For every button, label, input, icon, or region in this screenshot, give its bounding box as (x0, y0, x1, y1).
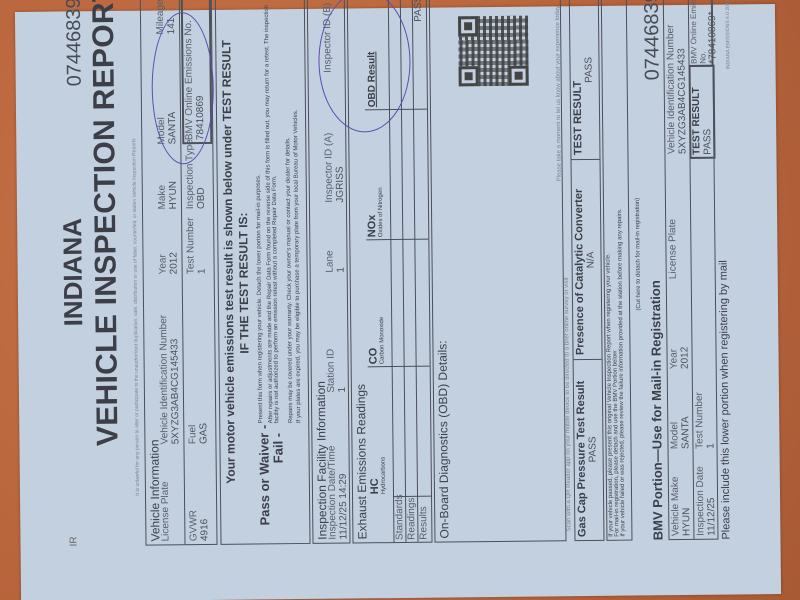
inspector-a-label: Inspector ID (A) (323, 133, 335, 203)
state-heading: INDIANA (57, 218, 89, 327)
bmv-test-result-box: TEST RESULT PASS (689, 65, 716, 159)
bmv-vin-value: 5XYZG3AB4CG145433 (676, 24, 688, 154)
lane-label: Lane (324, 250, 335, 272)
test-result-value: PASS (583, 0, 596, 155)
gas-cap-label: Gas Cap Pressure Test Result (575, 362, 589, 537)
catalytic-converter-label: Presence of Catalytic Converter (573, 165, 587, 355)
test-number-label: Test Number (185, 217, 197, 274)
inspection-report-paper: INDIANA VEHICLE INSPECTION REPORT 074468… (15, 4, 781, 600)
bmv-test-number-value: 1 (705, 392, 717, 449)
obd-result-value: PASS (413, 0, 424, 22)
license-plate-label: License Plate (160, 481, 172, 541)
obd-details-title: On-Board Diagnostics (OBD) Details: (435, 340, 451, 538)
bmv-control-number: 07446839 (641, 0, 665, 80)
report-title: VEHICLE INSPECTION REPORT (87, 0, 126, 446)
year-label: Year (157, 252, 168, 274)
bmv-license-plate-label: License Plate (667, 219, 679, 279)
bmv-inspection-date-label: Inspection Date (695, 466, 707, 536)
bmv-test-result-value: PASS (702, 67, 714, 157)
bmv-emissions-no-value: *78410869* (707, 0, 719, 66)
bmv-test-number-label: Test Number (694, 392, 706, 449)
fuel-value: GAS (198, 423, 209, 444)
qr-caption-2: Please take a moment to let us know abou… (555, 6, 563, 181)
vehicle-info-box: Vehicle Information License Plate Vehicl… (140, 0, 218, 546)
bmv-emissions-no-box: BMV Online Emissions No. *78410869* (688, 0, 713, 67)
result-notice-box: Your motor vehicle emissions test result… (215, 0, 311, 545)
fine-print: It is unlawful for any person to alter o… (130, 16, 141, 496)
exhaust-box: Exhaust Emissions Readings HCHydrocarbon… (347, 0, 433, 543)
hc-code: HC (369, 457, 381, 494)
obd-details-box: On-Board Diagnostics (OBD) Details: (429, 0, 567, 543)
co-name: Carbon Monoxide (379, 317, 385, 364)
hc-name: Hydrocarbons (381, 457, 387, 494)
pass-text: Present this form when registering your … (254, 0, 265, 423)
bmv-portion-title: BMV Portion—Use for Mail-in Registration (648, 280, 666, 540)
bmv-year-label: Year (668, 347, 679, 369)
vin-label: Vehicle Identification Number (158, 315, 170, 445)
co-code: CO (367, 317, 379, 364)
lane-value: 1 (335, 250, 346, 272)
vin-value: 5XYZG3AB4CG145433 (169, 315, 181, 445)
gas-cap-value: PASS (587, 362, 600, 537)
row-standards: Standards (394, 494, 405, 540)
row-results: Results (418, 506, 429, 539)
bmv-inspection-date-value: 11/12/25 (706, 466, 718, 536)
inspection-datetime-value: 11/12/25 14:29 (337, 445, 349, 539)
exhaust-title: Exhaust Emissions Readings (354, 384, 370, 540)
year-value: 2012 (168, 252, 179, 274)
station-id-value: 1 (336, 349, 347, 393)
fuel-label: Fuel (187, 423, 198, 444)
fail-label: Fail - (270, 433, 285, 463)
form-code: INDIANA EMISSIONS 4.0 2021 © (725, 0, 732, 70)
test-number-value: 1 (196, 217, 208, 274)
result-subheadline: IF THE TEST RESULT IS: (236, 212, 251, 353)
bmv-make-value: HYUN (681, 476, 693, 536)
bmv-vin-label: Vehicle Identification Number (665, 25, 677, 155)
inspection-datetime-label: Inspection Date/Time (326, 446, 338, 540)
make-label: Make (157, 181, 168, 209)
inspector-a-value: JGRISS (334, 133, 346, 203)
results-table: Gas Cap Pressure Test ResultPASS Presenc… (569, 0, 605, 541)
nox-code: NOx (366, 188, 379, 238)
result-headline: Your motor vehicle emissions test result… (219, 40, 238, 484)
nox-name: Oxides of Nitrogen (378, 187, 385, 237)
bmv-emissions-no-label: BMV Online Emissions No. (689, 0, 708, 66)
bmv-portion-box: Vehicle MakeHYUN ModelSANTA Year2012 Lic… (663, 0, 719, 540)
make-value: HYUN (168, 181, 179, 209)
corner-mark: IR (68, 536, 79, 546)
bmv-make-label: Vehicle Make (670, 477, 682, 537)
catalytic-converter-value: N/A (585, 165, 598, 355)
station-id-label: Station ID (325, 349, 336, 393)
qr-caption: Scan with a QR Reader app on your mobile… (564, 277, 573, 531)
cut-line-text: (Cut here to detach for mail-in registra… (635, 198, 642, 311)
gvwr-value: 4916 (199, 510, 210, 541)
row-readings: Readings (406, 498, 417, 540)
control-number: 07446839 (63, 0, 87, 86)
survey-qr-code[interactable] (458, 16, 529, 87)
bmv-footer: Please include this lower portion when r… (718, 260, 733, 540)
bmv-model-label: Model (669, 416, 680, 449)
bmv-year-value: 2012 (679, 347, 690, 369)
gvwr-label: GVWR (188, 510, 199, 541)
instructions-box: If your vehicle passed, please present t… (601, 0, 633, 541)
document-body: INDIANA VEHICLE INSPECTION REPORT 074468… (45, 0, 751, 557)
bmv-model-value: SANTA (680, 416, 691, 449)
fail-text: After repairs or adjustments are made an… (264, 0, 281, 423)
